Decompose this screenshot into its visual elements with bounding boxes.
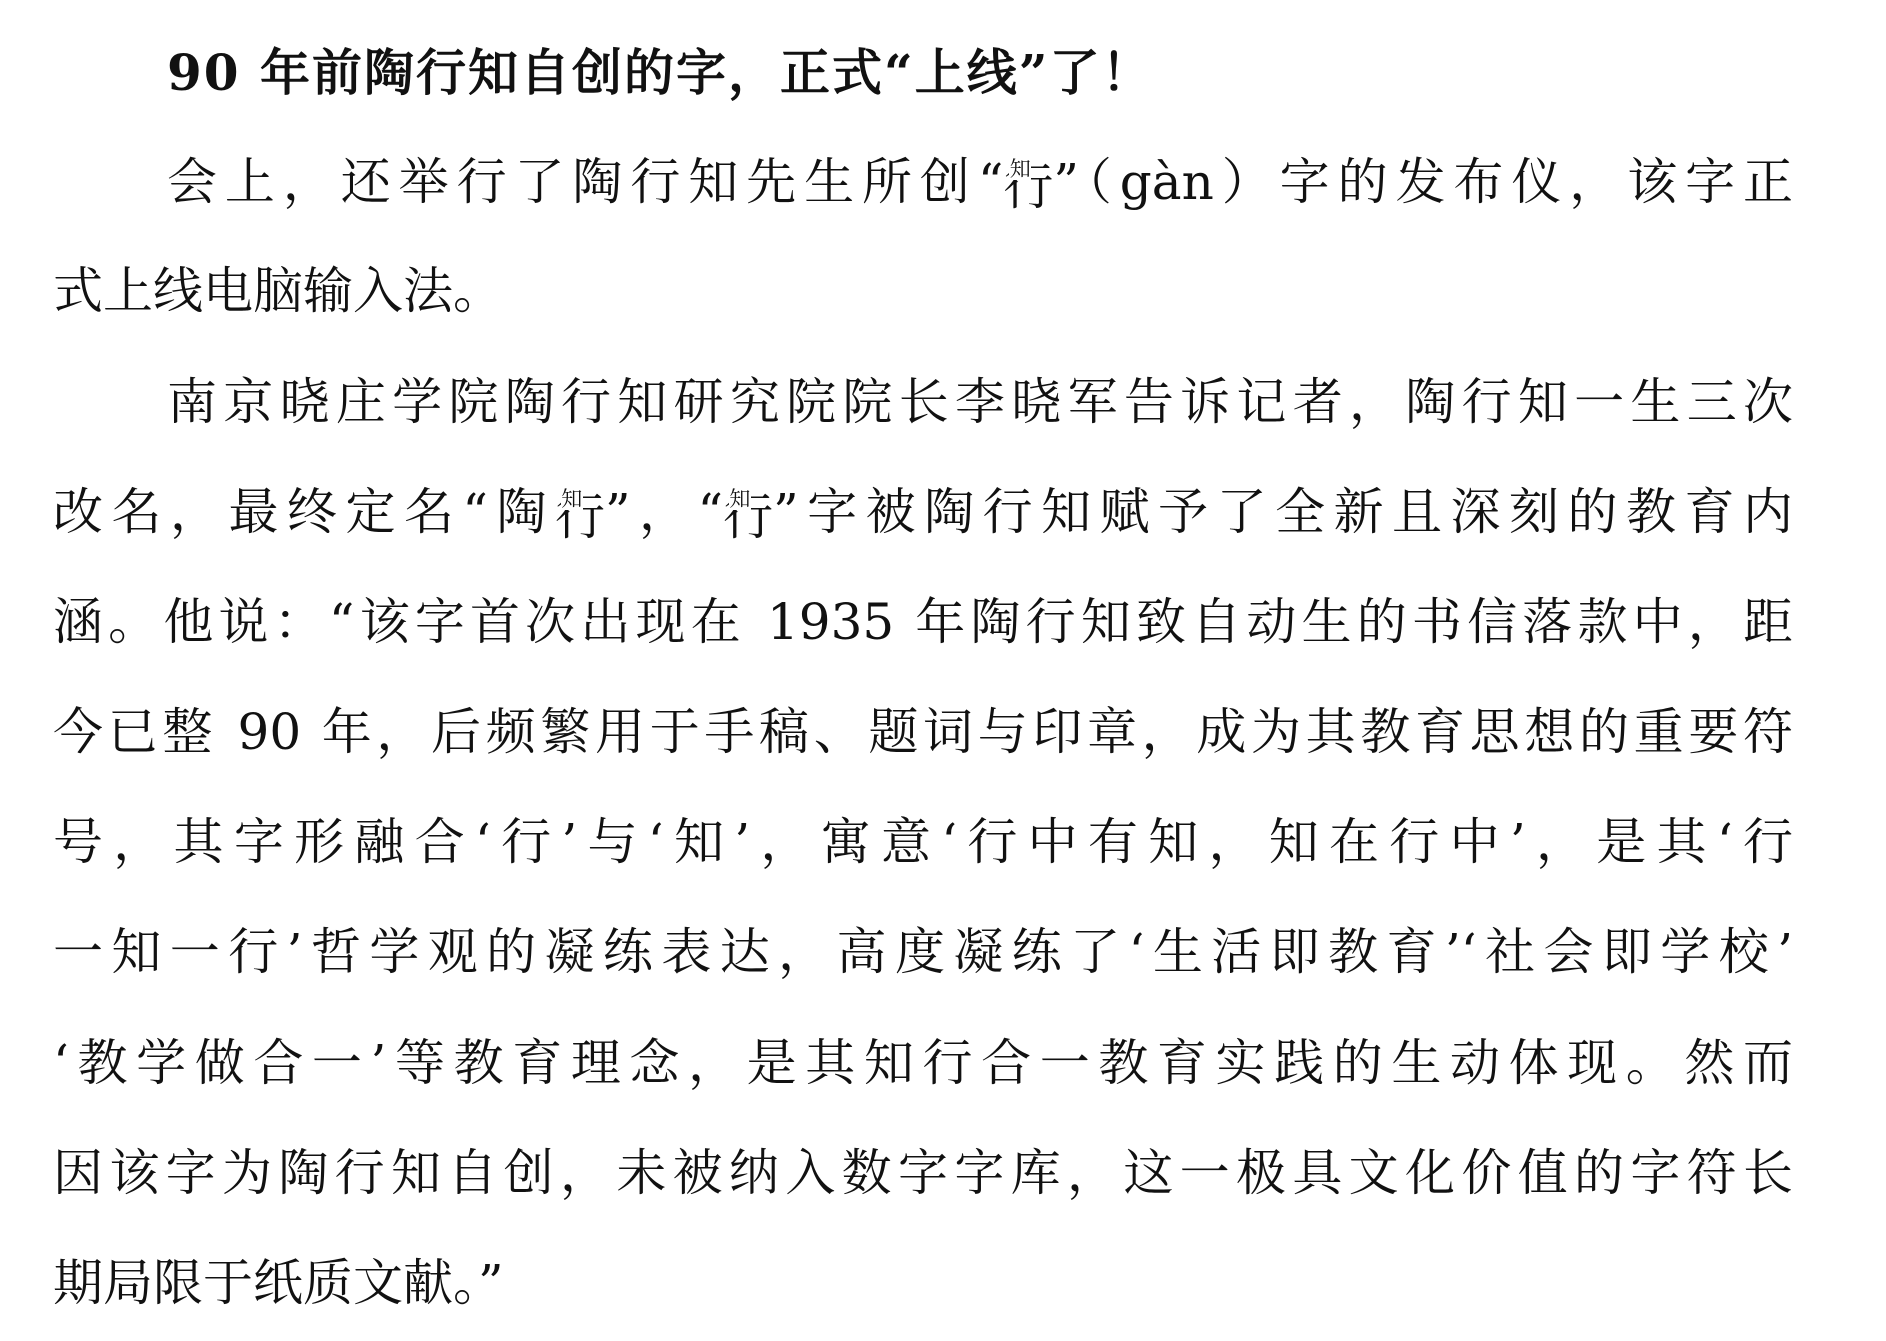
custom-gan-character: 行知 [555, 485, 605, 535]
paragraph-2-line-3: 涵。他说：“该字首次出现在 1935 年陶行知致自动生的书信落款中，距 [53, 590, 1793, 654]
text-segment: 改名，最终定名“陶 [53, 483, 555, 541]
custom-gan-character: 行知 [1003, 155, 1053, 205]
paragraph-2-line-1: 南京晓庄学院陶行知研究院院长李晓军告诉记者，陶行知一生三次 [167, 370, 1793, 434]
text-segment: 会上，还举行了陶行知先生所创“ [167, 153, 1003, 211]
paragraph-2-line-9: 期局限于纸质文献。” [53, 1251, 1793, 1315]
paragraph-2-line-7: ‘教学做合一’等教育理念，是其知行合一教育实践的生动体现。然而 [53, 1031, 1793, 1095]
text-segment: ”（gàn）字的发布仪，该字正 [1053, 153, 1793, 211]
paragraph-2-line-4: 今已整 90 年，后频繁用于手稿、题词与印章，成为其教育思想的重要符 [53, 700, 1793, 764]
article-heading: 90 年前陶行知自创的字，正式“上线”了！ [167, 40, 1154, 106]
paragraph-2-line-5: 号，其字形融合‘行’与‘知’，寓意‘行中有知，知在行中’，是其‘行 [53, 810, 1793, 874]
paragraph-2-line-2: 改名，最终定名“陶行知”，“行知”字被陶行知赋予了全新且深刻的教育内 [53, 480, 1793, 544]
document-page: 90 年前陶行知自创的字，正式“上线”了！ 会上，还举行了陶行知先生所创“行知”… [0, 0, 1886, 1341]
paragraph-2-line-6: 一知一行’哲学观的凝练表达，高度凝练了‘生活即教育’‘社会即学校’ [53, 920, 1793, 984]
paragraph-2-line-8: 因该字为陶行知自创，未被纳入数字字库，这一极具文化价值的字符长 [53, 1141, 1793, 1205]
text-segment: ”字被陶行知赋予了全新且深刻的教育内 [773, 483, 1793, 541]
paragraph-1-line-1: 会上，还举行了陶行知先生所创“行知”（gàn）字的发布仪，该字正 [167, 150, 1793, 214]
custom-gan-character: 行知 [723, 485, 773, 535]
paragraph-1-line-2: 式上线电脑输入法。 [53, 259, 1793, 323]
text-segment: ”，“ [605, 483, 723, 541]
